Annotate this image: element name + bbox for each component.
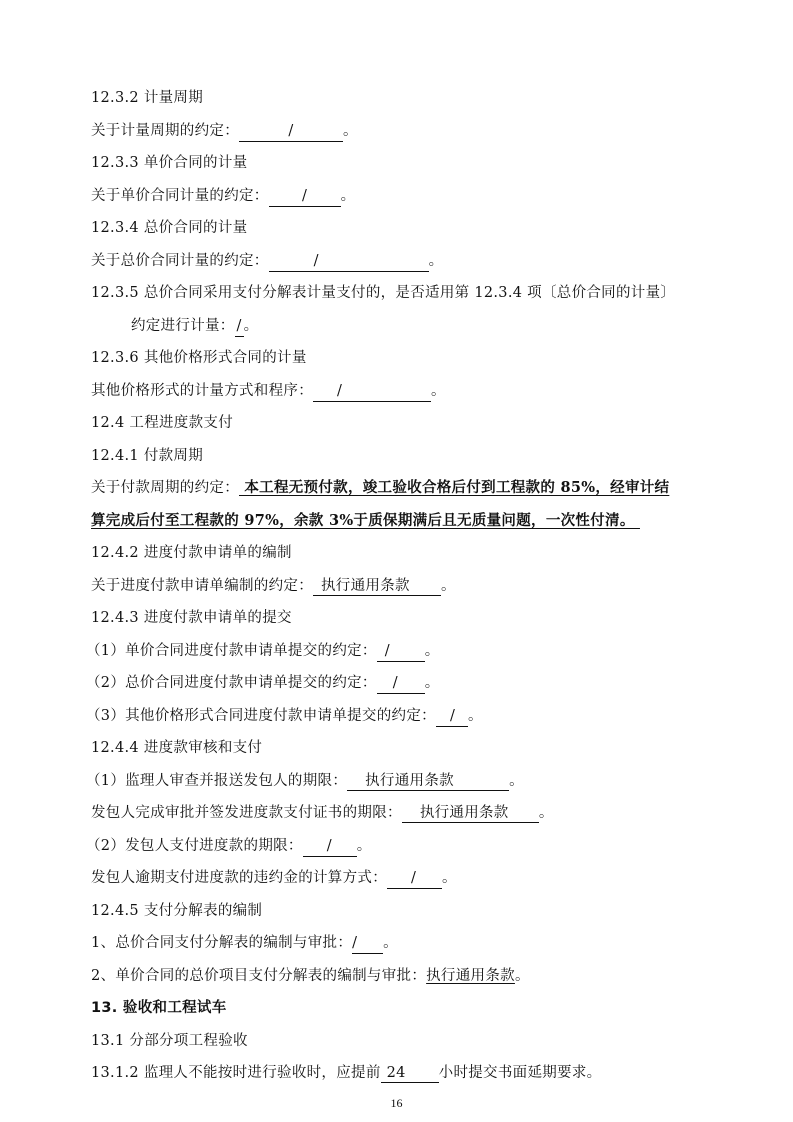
fill-in-blank: 24 xyxy=(381,1065,439,1083)
period: 。 xyxy=(429,253,444,269)
period: 。 xyxy=(442,870,457,886)
clause-label: 约定进行计量： xyxy=(131,318,235,334)
document-page: 12.3.2 计量周期 关于计量周期的约定：/。 12.3.3 单价合同的计量 … xyxy=(0,0,793,1122)
period: 。 xyxy=(341,188,356,204)
period: 。 xyxy=(441,578,456,594)
clause-lump-sum-submission: （2）总价合同进度付款申请单提交的约定：/。 xyxy=(86,673,440,694)
fill-in-blank: / xyxy=(269,253,429,272)
period: 。 xyxy=(468,708,483,724)
fill-in-blank: / xyxy=(313,383,431,402)
period: 。 xyxy=(343,123,358,139)
section-heading-12-4-4: 12.4.4 进度款审核和支付 xyxy=(91,738,262,758)
clause-suffix: 小时提交书面延期要求。 xyxy=(439,1065,602,1081)
period: 。 xyxy=(539,805,554,821)
clause-payment-period-continued: 算完成后付至工程款的 97%，余款 3%于质保期满后且无质量问题，一次性付清。 xyxy=(91,511,640,531)
section-heading-12-4: 12.4 工程进度款支付 xyxy=(91,413,233,433)
clause-application-preparation: 关于进度付款申请单编制的约定：执行通用条款。 xyxy=(91,576,456,596)
fill-in-blank: / xyxy=(377,675,425,694)
section-heading-12-4-2: 12.4.2 进度付款申请单的编制 xyxy=(91,543,292,563)
clause-label: 发包人逾期支付进度款的违约金的计算方式： xyxy=(91,870,387,886)
clause-label: （2）发包人支付进度款的期限： xyxy=(86,838,303,854)
fill-in-value: 执行通用条款 xyxy=(426,968,515,984)
clause-label: 关于单价合同计量的约定： xyxy=(91,188,269,204)
section-heading-12-4-1: 12.4.1 付款周期 xyxy=(91,446,203,466)
clause-12-3-5: 12.3.5 总价合同采用支付分解表计量支付的，是否适用第 12.3.4 项〔总… xyxy=(91,283,675,303)
clause-label: 关于进度付款申请单编制的约定： xyxy=(91,578,313,594)
clause-late-payment-penalty: 发包人逾期支付进度款的违约金的计算方式：/。 xyxy=(91,868,457,889)
fill-in-blank: / xyxy=(235,318,244,337)
clause-label: 2、单价合同的总价项目支付分解表的编制与审批： xyxy=(91,968,426,984)
fill-in-blank: 执行通用条款 xyxy=(402,805,539,823)
page-number: 16 xyxy=(0,1096,793,1111)
fill-in-blank: / xyxy=(377,643,425,662)
clause-label: 其他价格形式的计量方式和程序： xyxy=(91,383,313,399)
clause-13-1-2: 13.1.2 监理人不能按时进行验收时，应提前24小时提交书面延期要求。 xyxy=(91,1063,601,1083)
clause-label: （1）单价合同进度付款申请单提交的约定： xyxy=(86,643,377,659)
period: 。 xyxy=(425,675,440,691)
clause-other-price-forms: 其他价格形式的计量方式和程序：/。 xyxy=(91,381,446,402)
section-heading-12-3-3: 12.3.3 单价合同的计量 xyxy=(91,153,247,173)
payment-terms-value: 本工程无预付款，竣工验收合格后付到工程款的 85%，经审计结 xyxy=(239,479,669,496)
fill-in-blank: / xyxy=(239,123,343,142)
clause-measurement-period: 关于计量周期的约定：/。 xyxy=(91,121,358,142)
section-heading-12-3-2: 12.3.2 计量周期 xyxy=(91,88,203,108)
clause-employer-payment-period: （2）发包人支付进度款的期限：/。 xyxy=(86,836,372,857)
section-heading-12-4-3: 12.4.3 进度付款申请单的提交 xyxy=(91,608,292,628)
period: 。 xyxy=(425,643,440,659)
clause-label: 13.1.2 监理人不能按时进行验收时，应提前 xyxy=(91,1065,381,1081)
fill-in-blank: 执行通用条款 xyxy=(313,578,441,596)
period: 。 xyxy=(383,935,398,951)
clause-lump-sum-schedule: 1、总价合同支付分解表的编制与审批：/。 xyxy=(91,933,398,954)
payment-terms-value-continued: 算完成后付至工程款的 97%，余款 3%于质保期满后且无质量问题，一次性付清。 xyxy=(91,512,640,529)
period: 。 xyxy=(509,773,524,789)
clause-label: （2）总价合同进度付款申请单提交的约定： xyxy=(86,675,377,691)
clause-label: （1）监理人审查并报送发包人的期限： xyxy=(86,773,347,789)
section-heading-13: 13. 验收和工程试车 xyxy=(91,998,227,1018)
clause-unit-price-submission: （1）单价合同进度付款申请单提交的约定：/。 xyxy=(86,641,440,662)
period: 。 xyxy=(431,383,446,399)
clause-other-price-submission: （3）其他价格形式合同进度付款申请单提交的约定：/。 xyxy=(86,706,483,727)
section-heading-12-3-6: 12.3.6 其他价格形式合同的计量 xyxy=(91,348,307,368)
clause-label: 关于总价合同计量的约定： xyxy=(91,253,269,269)
section-heading-12-3-4: 12.3.4 总价合同的计量 xyxy=(91,218,247,238)
section-heading-12-4-5: 12.4.5 支付分解表的编制 xyxy=(91,901,262,921)
period: 。 xyxy=(357,838,372,854)
fill-in-blank: 执行通用条款 xyxy=(347,773,509,791)
clause-label: 关于计量周期的约定： xyxy=(91,123,239,139)
fill-in-blank: / xyxy=(303,838,357,857)
clause-employer-approval-period: 发包人完成审批并签发进度款支付证书的期限：执行通用条款。 xyxy=(91,803,554,823)
clause-label: 关于付款周期的约定： xyxy=(91,480,239,496)
fill-in-blank: / xyxy=(269,188,341,207)
clause-supervisor-review-period: （1）监理人审查并报送发包人的期限：执行通用条款。 xyxy=(86,771,524,791)
clause-label: 发包人完成审批并签发进度款支付证书的期限： xyxy=(91,805,402,821)
clause-label: （3）其他价格形式合同进度付款申请单提交的约定： xyxy=(86,708,436,724)
clause-12-3-5-continued: 约定进行计量：/。 xyxy=(131,316,258,337)
clause-unit-price-schedule: 2、单价合同的总价项目支付分解表的编制与审批：执行通用条款。 xyxy=(91,966,530,986)
fill-in-blank: / xyxy=(352,935,383,954)
clause-unit-price-measurement: 关于单价合同计量的约定：/。 xyxy=(91,186,355,207)
clause-label: 1、总价合同支付分解表的编制与审批： xyxy=(91,935,352,951)
clause-lump-sum-measurement: 关于总价合同计量的约定：/。 xyxy=(91,251,443,272)
fill-in-blank: / xyxy=(387,870,442,889)
period: 。 xyxy=(244,318,259,334)
fill-in-blank: / xyxy=(436,708,468,727)
section-heading-13-1: 13.1 分部分项工程验收 xyxy=(91,1031,248,1051)
clause-payment-period: 关于付款周期的约定： 本工程无预付款，竣工验收合格后付到工程款的 85%，经审计… xyxy=(91,478,669,498)
period: 。 xyxy=(515,968,530,984)
